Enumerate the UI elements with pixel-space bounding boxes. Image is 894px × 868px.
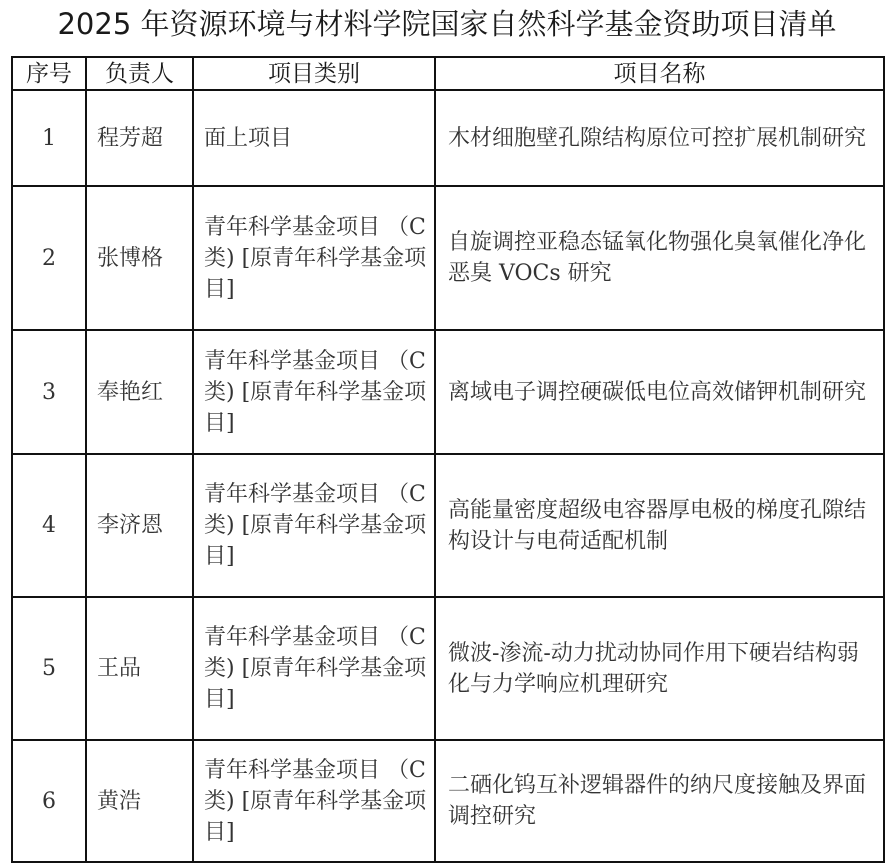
cell-project-name: 离域电子调控硬碳低电位高效储钾机制研究 xyxy=(435,330,884,454)
table-row: 4 李济恩 青年科学基金项目 （C 类) [原青年科学基金项目] 高能量密度超级… xyxy=(12,454,884,597)
table-row: 6 黄浩 青年科学基金项目 （C 类) [原青年科学基金项目] 二硒化钨互补逻辑… xyxy=(12,740,884,862)
cell-serial-no: 6 xyxy=(12,740,86,862)
cell-project-name: 木材细胞壁孔隙结构原位可控扩展机制研究 xyxy=(435,90,884,186)
cell-category: 青年科学基金项目 （C 类) [原青年科学基金项目] xyxy=(193,186,435,330)
header-serial-no: 序号 xyxy=(12,57,86,90)
cell-leader: 李济恩 xyxy=(86,454,193,597)
table-row: 5 王品 青年科学基金项目 （C 类) [原青年科学基金项目] 微波-渗流-动力… xyxy=(12,597,884,740)
cell-serial-no: 1 xyxy=(12,90,86,186)
cell-leader: 王品 xyxy=(86,597,193,740)
table-header-row: 序号 负责人 项目类别 项目名称 xyxy=(12,57,884,90)
table-row: 1 程芳超 面上项目 木材细胞壁孔隙结构原位可控扩展机制研究 xyxy=(12,90,884,186)
cell-category: 青年科学基金项目 （C 类) [原青年科学基金项目] xyxy=(193,330,435,454)
table-row: 2 张博格 青年科学基金项目 （C 类) [原青年科学基金项目] 自旋调控亚稳态… xyxy=(12,186,884,330)
cell-serial-no: 4 xyxy=(12,454,86,597)
cell-category: 青年科学基金项目 （C 类) [原青年科学基金项目] xyxy=(193,454,435,597)
cell-leader: 奉艳红 xyxy=(86,330,193,454)
header-category: 项目类别 xyxy=(193,57,435,90)
header-project-name: 项目名称 xyxy=(435,57,884,90)
cell-leader: 黄浩 xyxy=(86,740,193,862)
cell-category: 青年科学基金项目 （C 类) [原青年科学基金项目] xyxy=(193,597,435,740)
table-row: 3 奉艳红 青年科学基金项目 （C 类) [原青年科学基金项目] 离域电子调控硬… xyxy=(12,330,884,454)
cell-leader: 程芳超 xyxy=(86,90,193,186)
cell-serial-no: 5 xyxy=(12,597,86,740)
cell-project-name: 二硒化钨互补逻辑器件的纳尺度接触及界面调控研究 xyxy=(435,740,884,862)
header-leader: 负责人 xyxy=(86,57,193,90)
cell-leader: 张博格 xyxy=(86,186,193,330)
document-title: 2025 年资源环境与材料学院国家自然科学基金资助项目清单 xyxy=(0,4,894,44)
cell-project-name: 微波-渗流-动力扰动协同作用下硬岩结构弱化与力学响应机理研究 xyxy=(435,597,884,740)
cell-serial-no: 2 xyxy=(12,186,86,330)
cell-serial-no: 3 xyxy=(12,330,86,454)
cell-project-name: 高能量密度超级电容器厚电极的梯度孔隙结构设计与电荷适配机制 xyxy=(435,454,884,597)
cell-category: 青年科学基金项目 （C 类) [原青年科学基金项目] xyxy=(193,740,435,862)
cell-project-name: 自旋调控亚稳态锰氧化物强化臭氧催化净化恶臭 VOCs 研究 xyxy=(435,186,884,330)
funding-table: 序号 负责人 项目类别 项目名称 1 程芳超 面上项目 木材细胞壁孔隙结构原位可… xyxy=(11,56,885,863)
cell-category: 面上项目 xyxy=(193,90,435,186)
